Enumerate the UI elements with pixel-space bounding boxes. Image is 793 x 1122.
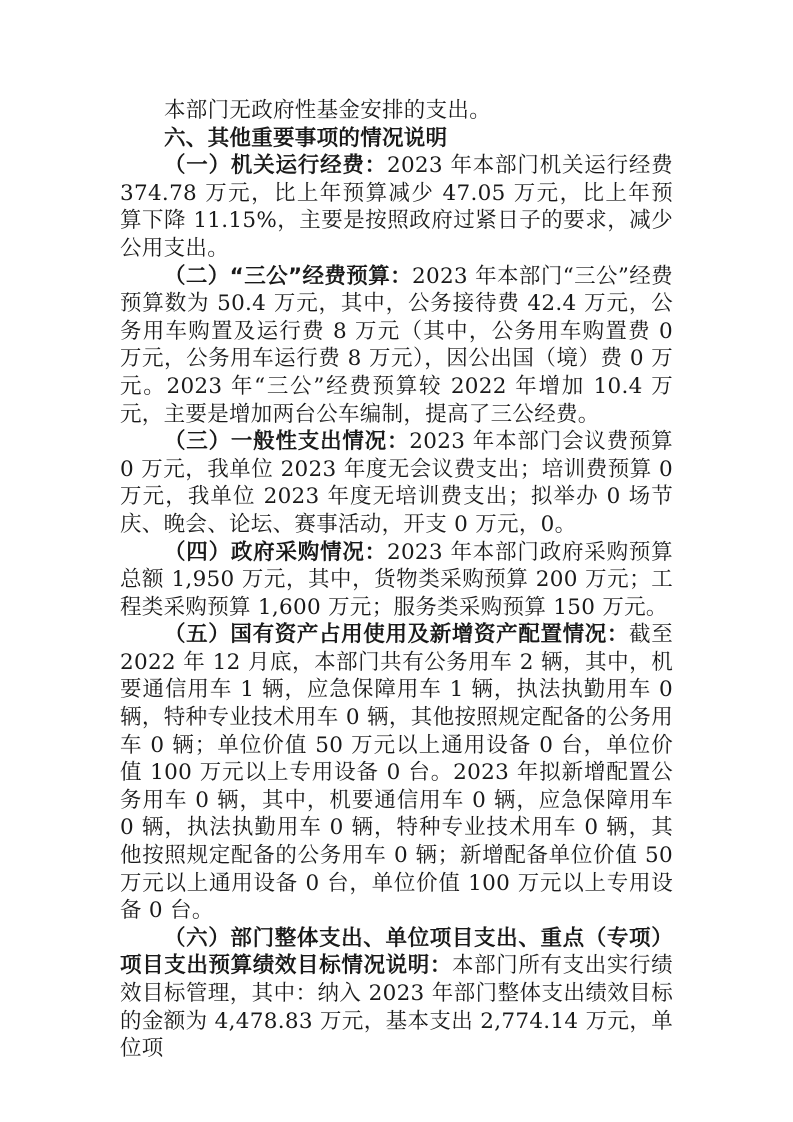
paragraph-heading: （三）一般性支出情况：: [164, 429, 409, 454]
section-heading: 六、其他重要事项的情况说明: [164, 126, 447, 151]
paragraph-gov-procurement: （四）政府采购情况：2023 年本部门政府采购预算总额 1,950 万元，其中，…: [120, 539, 673, 622]
paragraph-three-public-expenses: （二）“三公”经费预算：2023 年本部门“三公”经费预算数为 50.4 万元，…: [120, 263, 673, 429]
paragraph-state-assets: （五）国有资产占用使用及新增资产配置情况：截至 2022 年 12 月底，本部门…: [120, 621, 673, 925]
paragraph-heading: （一）机关运行经费：: [164, 153, 387, 178]
paragraph-text: 本部门无政府性基金安排的支出。: [164, 98, 491, 123]
paragraph-text: 截至 2022 年 12 月底，本部门共有公务用车 2 辆，其中，机要通信用车 …: [120, 622, 673, 923]
paragraph-performance-targets: （六）部门整体支出、单位项目支出、重点（专项）项目支出预算绩效目标情况说明：本部…: [120, 925, 673, 1063]
section-heading-other-matters: 六、其他重要事项的情况说明: [120, 125, 673, 153]
paragraph-heading: （二）“三公”经费预算：: [164, 264, 412, 289]
document-page: 本部门无政府性基金安排的支出。 六、其他重要事项的情况说明 （一）机关运行经费：…: [120, 97, 673, 1063]
paragraph-no-gov-fund: 本部门无政府性基金安排的支出。: [120, 97, 673, 125]
paragraph-heading: （四）政府采购情况：: [164, 540, 387, 565]
paragraph-heading: （五）国有资产占用使用及新增资产配置情况：: [164, 622, 629, 647]
paragraph-general-expenses: （三）一般性支出情况：2023 年本部门会议费预算 0 万元，我单位 2023 …: [120, 428, 673, 538]
paragraph-operating-expenses: （一）机关运行经费：2023 年本部门机关运行经费 374.78 万元，比上年预…: [120, 152, 673, 262]
